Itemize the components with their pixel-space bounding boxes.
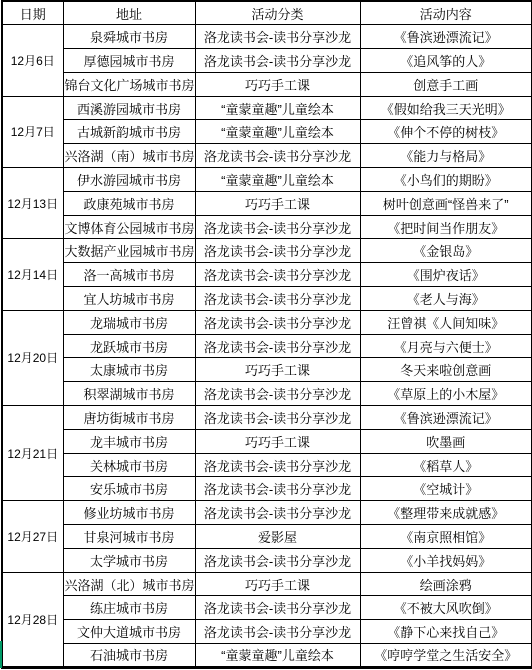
address-cell: 兴洛湖（北）城市书房 <box>63 572 195 596</box>
category-cell: 洛龙读书会-读书分享沙龙 <box>195 49 360 73</box>
category-cell: 巧巧手工课 <box>195 429 360 453</box>
category-cell: 洛龙读书会-读书分享沙龙 <box>195 406 360 430</box>
address-cell: 龙跃城市书房 <box>63 334 195 358</box>
address-cell: 修业坊城市书房 <box>63 501 195 525</box>
content-cell: 《围炉夜话》 <box>360 263 532 287</box>
header-address: 地址 <box>63 1 195 25</box>
address-cell: 太学城市书房 <box>63 548 195 572</box>
address-cell: 积翠湖城市书房 <box>63 382 195 406</box>
schedule-table: 日期 地址 活动分类 活动内容 12月6日泉舜城市书房洛龙读书会-读书分享沙龙《… <box>1 0 532 669</box>
address-cell: 甘泉河城市书房 <box>63 525 195 549</box>
content-cell: 《静下心来找自己》 <box>360 620 532 644</box>
table-row: 12月13日伊水游园城市书房“童蒙童趣”儿童绘本《小鸟们的期盼》 <box>2 168 532 192</box>
table-row: 练庄城市书房洛龙读书会-读书分享沙龙《不被大风吹倒》 <box>2 596 532 620</box>
category-cell: 洛龙读书会-读书分享沙龙 <box>195 382 360 406</box>
address-cell: 政康苑城市书房 <box>63 191 195 215</box>
content-cell: 汪曾祺《人间知味》 <box>360 310 532 334</box>
address-cell: 西溪游园城市书房 <box>63 96 195 120</box>
date-cell: 12月6日 <box>2 25 63 96</box>
content-cell: 《鲁滨逊漂流记》 <box>360 25 532 49</box>
table-row: 安乐城市书房洛龙读书会-读书分享沙龙《空城计》 <box>2 477 532 501</box>
category-cell: 洛龙读书会-读书分享沙龙 <box>195 310 360 334</box>
address-cell: 文仲大道城市书房 <box>63 620 195 644</box>
content-cell: 《月亮与六便士》 <box>360 334 532 358</box>
date-cell: 12月14日 <box>2 239 63 310</box>
date-cell: 12月21日 <box>2 406 63 501</box>
content-cell: 绘画涂鸦 <box>360 572 532 596</box>
address-cell: 兴洛湖（南）城市书房 <box>63 144 195 168</box>
content-cell: 《不被大风吹倒》 <box>360 596 532 620</box>
table-row: 12月6日泉舜城市书房洛龙读书会-读书分享沙龙《鲁滨逊漂流记》 <box>2 25 532 49</box>
content-cell: 《老人与海》 <box>360 287 532 311</box>
table-row: 龙跃城市书房洛龙读书会-读书分享沙龙《月亮与六便士》 <box>2 334 532 358</box>
category-cell: “童蒙童趣”儿童绘本 <box>195 120 360 144</box>
content-cell: 《金银岛》 <box>360 239 532 263</box>
table-header: 日期 地址 活动分类 活动内容 <box>2 1 532 25</box>
address-cell: 龙丰城市书房 <box>63 429 195 453</box>
content-cell: 《伸个不停的树枝》 <box>360 120 532 144</box>
address-cell: 伊水游园城市书房 <box>63 168 195 192</box>
address-cell: 安乐城市书房 <box>63 477 195 501</box>
address-cell: 古城新韵城市书房 <box>63 120 195 144</box>
address-cell: 太康城市书房 <box>63 358 195 382</box>
category-cell: 洛龙读书会-读书分享沙龙 <box>195 287 360 311</box>
content-cell: 吹墨画 <box>360 429 532 453</box>
address-cell: 锦台文化广场城市书房 <box>63 72 195 96</box>
category-cell: 巧巧手工课 <box>195 191 360 215</box>
content-cell: 《哼哼学堂之生活安全》 <box>360 644 532 668</box>
content-cell: 《南京照相馆》 <box>360 525 532 549</box>
address-cell: 练庄城市书房 <box>63 596 195 620</box>
table-row: 政康苑城市书房巧巧手工课树叶创意画“怪兽来了” <box>2 191 532 215</box>
category-cell: 洛龙读书会-读书分享沙龙 <box>195 239 360 263</box>
content-cell: 《草原上的小木屋》 <box>360 382 532 406</box>
category-cell: 洛龙读书会-读书分享沙龙 <box>195 477 360 501</box>
content-cell: 《整理带来成就感》 <box>360 501 532 525</box>
table-row: 12月20日龙瑞城市书房洛龙读书会-读书分享沙龙汪曾祺《人间知味》 <box>2 310 532 334</box>
table-row: 12月28日兴洛湖（北）城市书房巧巧手工课绘画涂鸦 <box>2 572 532 596</box>
date-cell: 12月13日 <box>2 168 63 239</box>
table-row: 太康城市书房巧巧手工课冬天来啦创意画 <box>2 358 532 382</box>
content-cell: 《假如给我三天光明》 <box>360 96 532 120</box>
table-row: 石油城市书房“童蒙童趣”儿童绘本《哼哼学堂之生活安全》 <box>2 644 532 668</box>
content-cell: 《小鸟们的期盼》 <box>360 168 532 192</box>
table-row: 关林城市书房洛龙读书会-读书分享沙龙《稻草人》 <box>2 453 532 477</box>
table-row: 厚德园城市书房洛龙读书会-读书分享沙龙《追风筝的人》 <box>2 49 532 73</box>
category-cell: “童蒙童趣”儿童绘本 <box>195 644 360 668</box>
category-cell: 巧巧手工课 <box>195 572 360 596</box>
category-cell: 洛龙读书会-读书分享沙龙 <box>195 501 360 525</box>
category-cell: 洛龙读书会-读书分享沙龙 <box>195 620 360 644</box>
table-row: 兴洛湖（南）城市书房洛龙读书会-读书分享沙龙《能力与格局》 <box>2 144 532 168</box>
content-cell: 《空城计》 <box>360 477 532 501</box>
content-cell: 冬天来啦创意画 <box>360 358 532 382</box>
category-cell: “童蒙童趣”儿童绘本 <box>195 168 360 192</box>
date-cell: 12月7日 <box>2 96 63 167</box>
address-cell: 唐坊街城市书房 <box>63 406 195 430</box>
table-row: 洛一高城市书房洛龙读书会-读书分享沙龙《围炉夜话》 <box>2 263 532 287</box>
table-row: 古城新韵城市书房“童蒙童趣”儿童绘本《伸个不停的树枝》 <box>2 120 532 144</box>
header-date: 日期 <box>2 1 63 25</box>
category-cell: 巧巧手工课 <box>195 72 360 96</box>
content-cell: 《稻草人》 <box>360 453 532 477</box>
address-cell: 大数据产业园城市书房 <box>63 239 195 263</box>
header-content: 活动内容 <box>360 1 532 25</box>
category-cell: 洛龙读书会-读书分享沙龙 <box>195 453 360 477</box>
date-cell: 12月28日 <box>2 572 63 667</box>
bottom-left-accent-stripe <box>0 641 2 668</box>
content-cell: 《鲁滨逊漂流记》 <box>360 406 532 430</box>
table-row: 太学城市书房洛龙读书会-读书分享沙龙《小羊找妈妈》 <box>2 548 532 572</box>
address-cell: 文博体育公园城市书房 <box>63 215 195 239</box>
category-cell: “童蒙童趣”儿童绘本 <box>195 96 360 120</box>
category-cell: 爱影屋 <box>195 525 360 549</box>
content-cell: 《小羊找妈妈》 <box>360 548 532 572</box>
schedule-table-body: 12月6日泉舜城市书房洛龙读书会-读书分享沙龙《鲁滨逊漂流记》厚德园城市书房洛龙… <box>2 25 532 668</box>
content-cell: 《把时间当作朋友》 <box>360 215 532 239</box>
table-row: 12月7日西溪游园城市书房“童蒙童趣”儿童绘本《假如给我三天光明》 <box>2 96 532 120</box>
address-cell: 厚德园城市书房 <box>63 49 195 73</box>
table-row: 宜人坊城市书房洛龙读书会-读书分享沙龙《老人与海》 <box>2 287 532 311</box>
address-cell: 洛一高城市书房 <box>63 263 195 287</box>
table-row: 锦台文化广场城市书房巧巧手工课创意手工画 <box>2 72 532 96</box>
table-row: 积翠湖城市书房洛龙读书会-读书分享沙龙《草原上的小木屋》 <box>2 382 532 406</box>
category-cell: 洛龙读书会-读书分享沙龙 <box>195 596 360 620</box>
content-cell: 树叶创意画“怪兽来了” <box>360 191 532 215</box>
content-cell: 《能力与格局》 <box>360 144 532 168</box>
category-cell: 洛龙读书会-读书分享沙龙 <box>195 215 360 239</box>
content-cell: 创意手工画 <box>360 72 532 96</box>
category-cell: 巧巧手工课 <box>195 358 360 382</box>
category-cell: 洛龙读书会-读书分享沙龙 <box>195 334 360 358</box>
address-cell: 泉舜城市书房 <box>63 25 195 49</box>
table-row: 12月14日大数据产业园城市书房洛龙读书会-读书分享沙龙《金银岛》 <box>2 239 532 263</box>
address-cell: 宜人坊城市书房 <box>63 287 195 311</box>
table-row: 文博体育公园城市书房洛龙读书会-读书分享沙龙《把时间当作朋友》 <box>2 215 532 239</box>
table-row: 12月21日唐坊街城市书房洛龙读书会-读书分享沙龙《鲁滨逊漂流记》 <box>2 406 532 430</box>
category-cell: 洛龙读书会-读书分享沙龙 <box>195 263 360 287</box>
table-row: 12月27日修业坊城市书房洛龙读书会-读书分享沙龙《整理带来成就感》 <box>2 501 532 525</box>
category-cell: 洛龙读书会-读书分享沙龙 <box>195 548 360 572</box>
table-header-row: 日期 地址 活动分类 活动内容 <box>2 1 532 25</box>
table-row: 甘泉河城市书房爱影屋《南京照相馆》 <box>2 525 532 549</box>
content-cell: 《追风筝的人》 <box>360 49 532 73</box>
category-cell: 洛龙读书会-读书分享沙龙 <box>195 25 360 49</box>
category-cell: 洛龙读书会-读书分享沙龙 <box>195 144 360 168</box>
date-cell: 12月27日 <box>2 501 63 572</box>
date-cell: 12月20日 <box>2 310 63 405</box>
table-row: 龙丰城市书房巧巧手工课吹墨画 <box>2 429 532 453</box>
address-cell: 石油城市书房 <box>63 644 195 668</box>
table-row: 文仲大道城市书房洛龙读书会-读书分享沙龙《静下心来找自己》 <box>2 620 532 644</box>
address-cell: 关林城市书房 <box>63 453 195 477</box>
address-cell: 龙瑞城市书房 <box>63 310 195 334</box>
header-category: 活动分类 <box>195 1 360 25</box>
